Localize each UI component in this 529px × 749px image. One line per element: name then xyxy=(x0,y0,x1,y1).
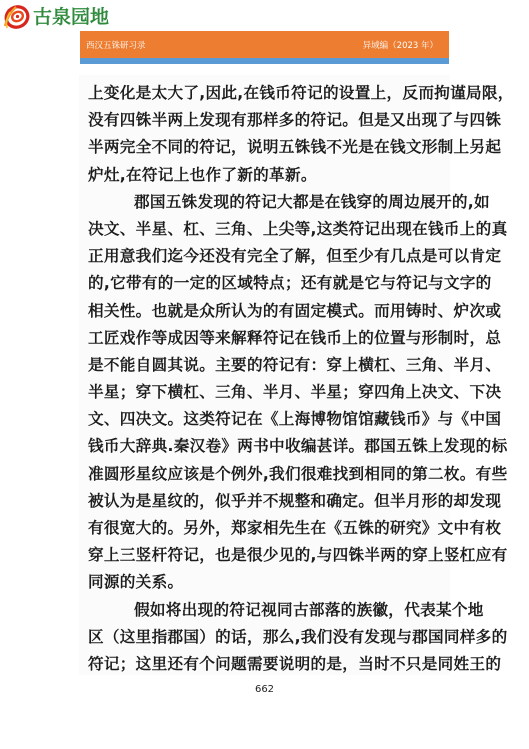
header-volume-title: 异域编（2023 年） xyxy=(363,39,438,51)
logo-text: 古泉园地 xyxy=(33,4,109,30)
text-line: 的,它带有的一定的区域特点；还有就是它与符记与文字的 xyxy=(88,270,450,297)
body-text: 上变化是太大了,因此,在钱币符记的设置上，反而拘谨局限， 没有四铢半两上发现有那… xyxy=(88,80,450,678)
text-line: 文、四决文。这类符记在《上海博物馆馆藏钱币》与《中国 xyxy=(88,406,450,433)
text-line: 上变化是太大了,因此,在钱币符记的设置上，反而拘谨局限， xyxy=(88,80,450,107)
text-line: 半两完全不同的符记，说明五铢钱不光是在钱文形制上另起 xyxy=(88,134,450,161)
text-line: 符记；这里还有个问题需要说明的是，当时不只是同姓王的 xyxy=(88,651,450,678)
text-line: 没有四铢半两上发现有那样多的符记。但是又出现了与四铢 xyxy=(88,107,450,134)
text-line: 有很宽大的。另外，郑家相先生在《五铢的研究》文中有枚 xyxy=(88,515,450,542)
text-line: 相关性。也就是众所认为的有固定模式。而用铸时、炉次或 xyxy=(88,298,450,325)
text-line: 钱币大辞典.秦汉卷》两书中收编甚详。郡国五铢上发现的标 xyxy=(88,433,450,460)
text-line: 同源的关系。 xyxy=(88,569,450,596)
text-line: 正用意我们迄今还没有完全了解，但至少有几点是可以肯定 xyxy=(88,243,450,270)
text-line: 区（这里指郡国）的话，那么,我们没有发现与郡国同样多的 xyxy=(88,624,450,651)
text-line: 准圆形星纹应该是个例外,我们很难找到相同的第二枚。有些 xyxy=(88,461,450,488)
header-book-title: 西汉五铢研习录 xyxy=(86,39,146,51)
paragraph-start-line: 假如将出现的符记视同古部落的族徽，代表某个地 xyxy=(88,597,450,624)
text-line: 工匠戏作等成因等来解释符记在钱币上的位置与形制时，总 xyxy=(88,325,450,352)
text-line: 是不能自圆其说。主要的符记有：穿上横杠、三角、半月、 xyxy=(88,352,450,379)
text-line: 被认为是星纹的，似乎并不规整和确定。但半月形的却发现 xyxy=(88,488,450,515)
text-line: 穿上三竖杆符记，也是很少见的,与四铢半两的穿上竖杠应有 xyxy=(88,542,450,569)
header-divider-strip xyxy=(80,58,449,64)
text-line: 炉灶,在符记上也作了新的革新。 xyxy=(88,162,450,189)
page-number: 662 xyxy=(0,684,529,695)
paragraph-start-line: 郡国五铢发现的符记大都是在钱穿的周边展开的,如 xyxy=(88,189,450,216)
text-line: 决文、半星、杠、三角、上尖等,这类符记出现在钱币上的真 xyxy=(88,216,450,243)
spiral-coin-logo-icon xyxy=(2,4,30,30)
running-header: 西汉五铢研习录 异域编（2023 年） xyxy=(80,31,449,58)
text-line: 半星；穿下横杠、三角、半月、半星；穿四角上决文、下决 xyxy=(88,379,450,406)
site-logo[interactable]: 古泉园地 xyxy=(2,4,109,30)
